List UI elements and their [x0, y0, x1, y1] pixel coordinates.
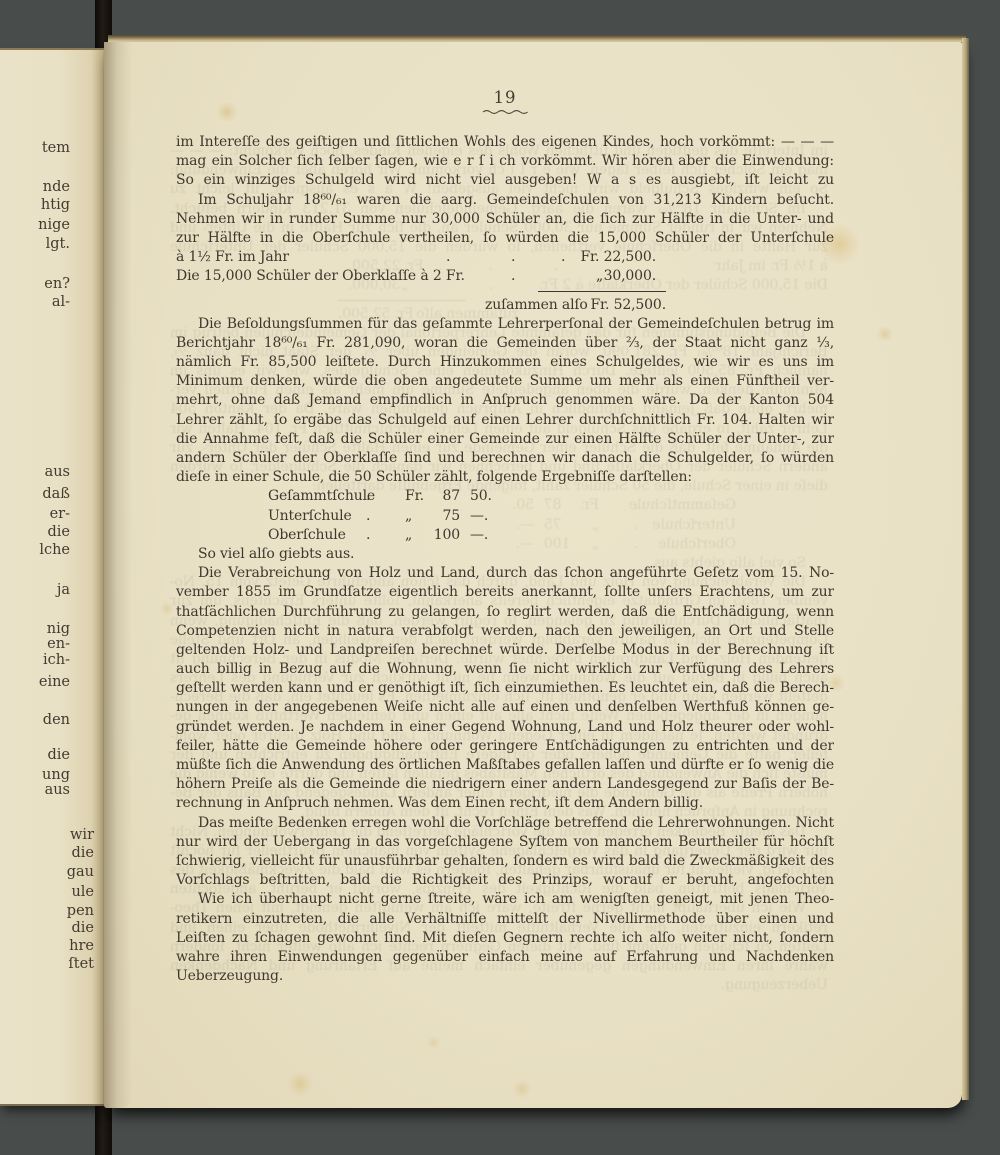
dot-leader: . [366, 507, 370, 526]
page-header: 19 [176, 88, 834, 115]
margin-text-fragment: nige [12, 217, 70, 234]
margin-text-fragment: ich- [12, 652, 70, 669]
total-label: zuſammen alſo [485, 296, 588, 315]
text-line: Im Schuljahr 18⁶⁰/₆₁ waren die aarg. Gem… [176, 191, 834, 210]
margin-text-fragment: lche [12, 542, 70, 559]
text-line: ſchwierig, vielleicht für unausführbar g… [176, 852, 834, 871]
total-amount: Fr. 52,500. [588, 296, 666, 315]
dot-leader: . [446, 248, 450, 267]
text-line: So viel alſo giebts aus. [176, 545, 834, 564]
dot-leader: . [511, 248, 515, 267]
ledger-amount: 30,000. [592, 267, 656, 286]
text-line: So ein winziges Schulgeld wird nicht vie… [176, 171, 834, 190]
text-line: müßte ſich die Anwendung des örtlichen M… [176, 756, 834, 775]
text-line: Leiſten zu ſchagen gewohnt ſind. Mit die… [176, 929, 834, 948]
margin-text-fragment: al- [12, 294, 70, 311]
margin-text-fragment: lgt. [12, 236, 70, 253]
text-line: Competenzien nicht in natura verabfolgt … [176, 622, 834, 641]
text-line: rechnung in Anſpruch nehmen. Was dem Ein… [176, 794, 834, 813]
school-type: Geſammtſchule [268, 487, 375, 506]
margin-text-fragment: die [12, 747, 70, 764]
text-line: zur Hälfte in die Oberſchule vertheilen,… [176, 229, 834, 248]
photo-background: { "colors":{ "background":"#484d4b", "pa… [0, 0, 1000, 1155]
text-line: nur wird der Uebergang in das vorgeſchla… [176, 833, 834, 852]
francs-value: 87 [414, 487, 460, 506]
margin-text-fragment: pen [36, 903, 94, 920]
text-line: nämlich Fr. 85,500 leiſtete. Durch Hinzu… [176, 353, 834, 372]
margin-text-fragment: ſtet [36, 956, 94, 973]
text-line: gründet werden. Je nachdem in einer Gege… [176, 718, 834, 737]
text-line: Die Verabreichung von Holz und Land, dur… [176, 564, 834, 583]
previous-page-edge: tem nde htig nige lgt. en? al- aus daß e… [0, 48, 106, 1106]
margin-text-fragment: er- [12, 506, 70, 523]
book-page: 19 im Intereſſe des geiſtigen und ſittli… [104, 42, 962, 1108]
text-line: Wie ich überhaupt nicht gerne ſtreite, w… [176, 890, 834, 909]
margin-text-fragment: die [36, 920, 94, 937]
rappen-value: —. [470, 507, 488, 526]
page-stack-top-edge [108, 35, 966, 42]
margin-text-fragment: gau [36, 864, 94, 881]
text-line: Lehrer zählt, ſo ergäbe das Schulgeld au… [176, 411, 834, 430]
page-number-flourish-icon [482, 108, 528, 115]
margin-text-fragment: aus [12, 464, 70, 481]
table-row: Geſammtſchule . Fr. 87 50. [176, 487, 834, 506]
table-row: Unterſchule . „ 75 —. [176, 507, 834, 526]
text-line: mehrt, ohne daß Jemand empfindlich in An… [176, 391, 834, 410]
text-line: feiler, hätte die Gemeinde höhere oder g… [176, 737, 834, 756]
francs-value: 75 [414, 507, 460, 526]
currency-label: „ [405, 507, 412, 526]
text-line: Die Beſoldungsſummen für das geſammte Le… [176, 315, 834, 334]
text-line: Ueberzeugung. [176, 967, 834, 986]
ledger-row: à 1½ Fr. im Jahr . . . Fr. 22,500. [176, 248, 834, 267]
text-line: retikern einzutreten, die alle Verhältni… [176, 910, 834, 929]
text-line: nungen in der angegebenen Weiſe nicht al… [176, 698, 834, 717]
text-line: vember 1855 im Grundſatze eigentlich ber… [176, 583, 834, 602]
page-number: 19 [494, 88, 517, 107]
text-line: Das meiſte Bedenken erregen wohl die Vor… [176, 814, 834, 833]
margin-text-fragment: daß [12, 486, 70, 503]
text-line: thatſächlichen Durchführung zu gelangen,… [176, 603, 834, 622]
dot-leader: . [561, 248, 565, 267]
ledger-amount: Fr. 22,500. [580, 248, 656, 267]
text-line: andern Schüler der Oberklaſſe ſind und b… [176, 449, 834, 468]
dot-leader: . [511, 267, 515, 286]
margin-text-fragment: en- [12, 636, 70, 653]
text-line: die Annahme feſt, daß die Schüler einer … [176, 430, 834, 449]
margin-text-fragment: hre [36, 938, 94, 955]
margin-text-fragment: nde [12, 179, 70, 196]
margin-text-fragment: die [36, 845, 94, 862]
margin-text-fragment: wir [36, 827, 94, 844]
foxing-stain [512, 1080, 532, 1098]
text-line: mag ein Solcher ſich ſelber ſagen, wie e… [176, 152, 834, 171]
margin-text-fragment: die [12, 524, 70, 541]
margin-text-fragment: ule [36, 884, 94, 901]
foxing-stain [286, 1072, 314, 1096]
text-line: Berichtjahr 18⁶⁰/₆₁ Fr. 281,090, woran d… [176, 334, 834, 353]
margin-text-fragment: tem [12, 140, 70, 157]
dot-leader: . [366, 487, 370, 506]
sum-rule-row [176, 287, 834, 296]
text-line: geltenden Holz- und Landpreiſen berechne… [176, 641, 834, 660]
ledger-label: à 1½ Fr. im Jahr [176, 248, 289, 267]
margin-text-fragment: eine [12, 674, 70, 691]
margin-text-fragment: en? [12, 276, 70, 293]
currency-label: „ [405, 526, 412, 545]
text-line: dieſe in einer Schule, die 50 Schüler zä… [176, 468, 834, 487]
ledger-label: Die 15,000 Schüler der Oberklaſſe à 2 Fr… [176, 267, 465, 286]
margin-text-fragment: ja [12, 582, 70, 599]
margin-text-fragment: den [12, 712, 70, 729]
margin-text-fragment: htig [12, 197, 70, 214]
foxing-stain [426, 1036, 441, 1049]
text-line: höhern Preiſe als die Gemeinde die niedr… [176, 775, 834, 794]
text-line: geſtellt werden kann und er genöthigt iſ… [176, 679, 834, 698]
text-line: im Intereſſe des geiſtigen und ſittliche… [176, 133, 834, 152]
margin-text-fragment: aus [12, 782, 70, 799]
text-line: Minimum denken, würde die oben angedeute… [176, 372, 834, 391]
text-line: wahre ihren Einwendungen gegenüber einfa… [176, 948, 834, 967]
page-text-column: im Intereſſe des geiſtigen und ſittliche… [176, 133, 834, 986]
text-line: auch billig in Bezug auf die Wohnung, we… [176, 660, 834, 679]
school-type: Unterſchule [268, 507, 352, 526]
page-stack-right-edge [962, 38, 969, 1100]
text-line: Vorſchlags beſtritten, bald die Richtigk… [176, 871, 834, 890]
ledger-total-row: zuſammen alſo Fr. 52,500. [176, 296, 834, 315]
text-line: Nehmen wir in runder Summe nur 30,000 Sc… [176, 210, 834, 229]
school-type: Oberſchule [268, 526, 346, 545]
foxing-stain [876, 326, 894, 342]
ledger-row: Die 15,000 Schüler der Oberklaſſe à 2 Fr… [176, 267, 834, 286]
table-row: Oberſchule . „ 100 —. [176, 526, 834, 545]
francs-value: 100 [414, 526, 460, 545]
rappen-value: 50. [470, 487, 492, 506]
rappen-value: —. [470, 526, 488, 545]
sum-rule [538, 291, 666, 292]
dot-leader: . [366, 526, 370, 545]
